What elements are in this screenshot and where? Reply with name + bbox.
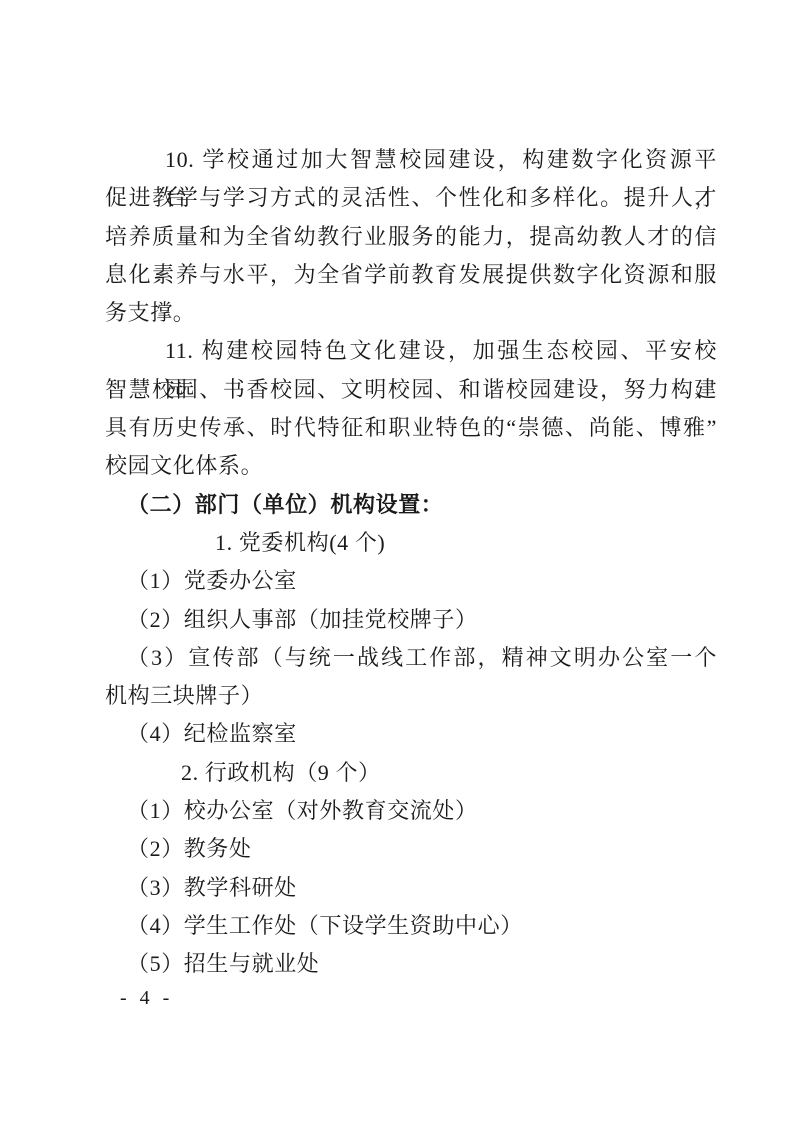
paragraph-11-line: 具有历史传承、时代特征和职业特色的“崇德、尚能、博雅” <box>105 409 717 447</box>
list-item: （1）党委办公室 <box>105 562 717 600</box>
paragraph-10-line: 息化素养与水平，为全省学前教育发展提供数字化资源和服 <box>105 256 717 294</box>
list-group-title: 2. 行政机构（9 个） <box>105 754 717 792</box>
list-item-continuation: 机构三块牌子） <box>105 677 717 715</box>
paragraph-10-line: 促进教学与学习方式的灵活性、个性化和多样化。提升人才 <box>105 179 717 217</box>
list-item: （2）组织人事部（加挂党校牌子） <box>105 601 717 639</box>
list-item: （2）教务处 <box>105 830 717 868</box>
section-heading: （二）部门（单位）机构设置： <box>105 486 717 524</box>
paragraph-10-line: 10. 学校通过加大智慧校园建设，构建数字化资源平台， <box>105 141 717 179</box>
paragraph-11-line: 11. 构建校园特色文化建设，加强生态校园、平安校园、 <box>105 332 717 370</box>
list-item: （5）招生与就业处 <box>105 945 717 983</box>
paragraph-11-line: 校园文化体系。 <box>105 447 717 485</box>
document-body: 10. 学校通过加大智慧校园建设，构建数字化资源平台，促进教学与学习方式的灵活性… <box>105 141 717 984</box>
list-item: （3）宣传部（与统一战线工作部，精神文明办公室一个 <box>105 639 717 677</box>
paragraph-10-line: 务支撑。 <box>105 294 717 332</box>
list-item: （3）教学科研处 <box>105 869 717 907</box>
list-item: （1）校办公室（对外教育交流处） <box>105 792 717 830</box>
list-item: （4）纪检监察室 <box>105 715 717 753</box>
list-item: （4）学生工作处（下设学生资助中心） <box>105 907 717 945</box>
document-page: 10. 学校通过加大智慧校园建设，构建数字化资源平台，促进教学与学习方式的灵活性… <box>0 0 793 1122</box>
paragraph-10-line: 培养质量和为全省幼教行业服务的能力，提高幼教人才的信 <box>105 218 717 256</box>
paragraph-11-line: 智慧校园、书香校园、文明校园、和谐校园建设，努力构建 <box>105 371 717 409</box>
list-group-title: 1. 党委机构(4 个) <box>105 524 717 562</box>
page-number: - 4 - <box>120 987 172 1010</box>
